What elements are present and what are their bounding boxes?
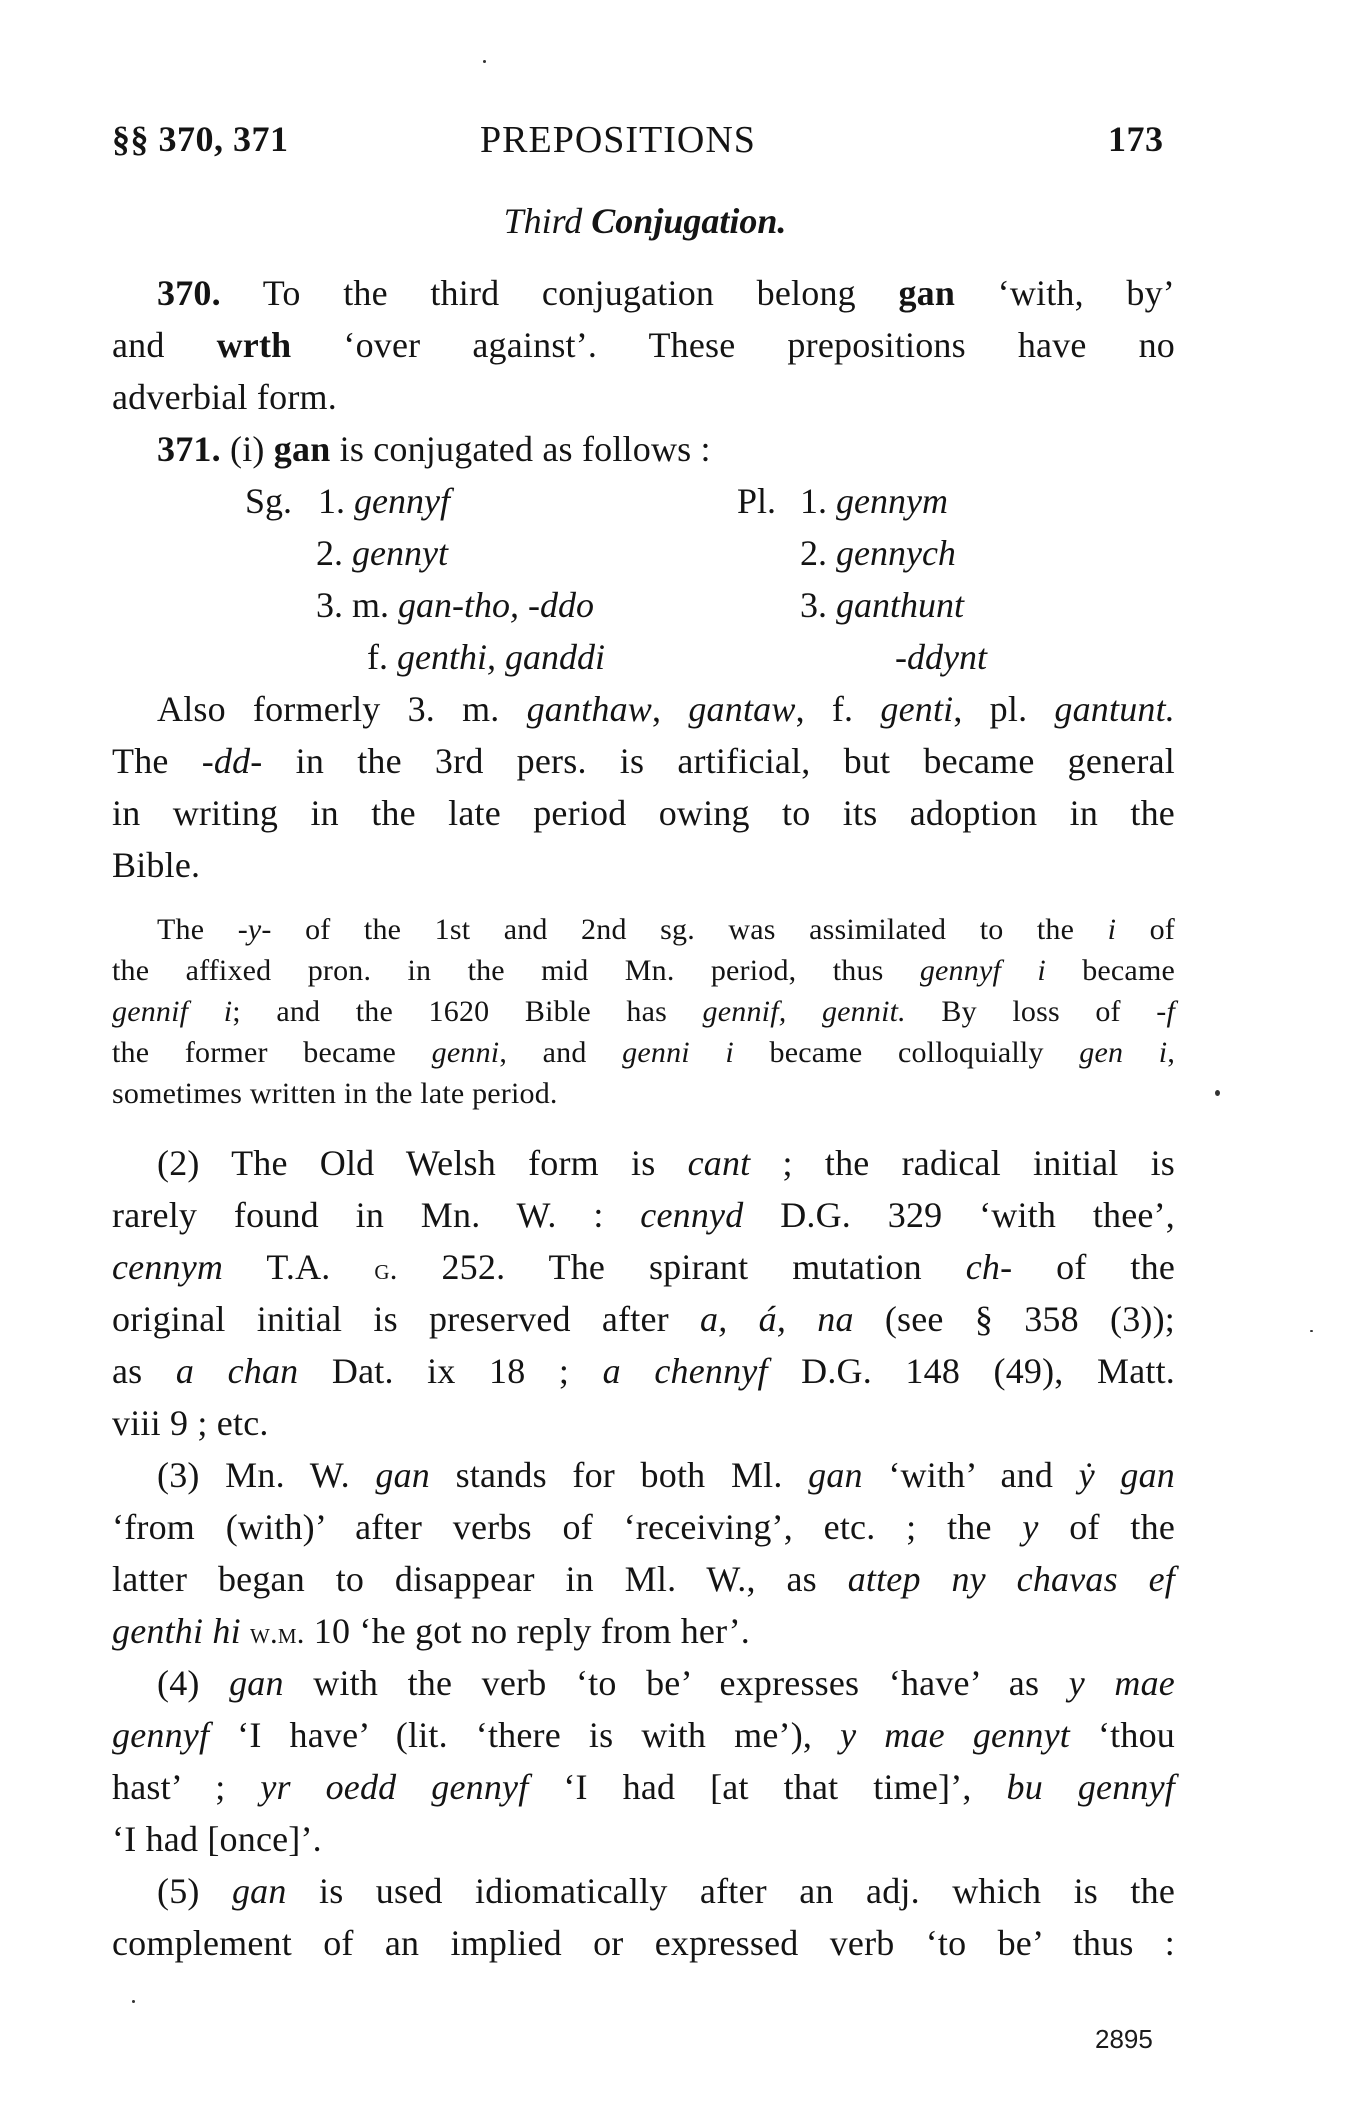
- text-run: original initial is preserved after: [112, 1299, 700, 1339]
- para-also-line-3: in writing in the late period owing to i…: [112, 791, 1175, 835]
- italic-text: gen i: [1079, 1036, 1167, 1069]
- pl-row-2: 2. gennych: [800, 531, 956, 575]
- text-run: , pl.: [953, 689, 1054, 729]
- text-run: of: [1116, 913, 1175, 946]
- italic-text: gan: [375, 1455, 430, 1495]
- para-2-line-6: viii 9 ; etc.: [112, 1401, 269, 1445]
- para-4-line-1: (4) gan with the verb ‘to be’ expresses …: [157, 1661, 1175, 1705]
- sg-row-2: 2. gennyt: [316, 531, 448, 575]
- italic-text: -y-: [238, 913, 272, 946]
- text-run: ,: [652, 689, 688, 729]
- para-also-line-4: Bible.: [112, 843, 200, 887]
- text-run: (i): [221, 429, 274, 469]
- text-run: By loss of: [906, 995, 1156, 1028]
- pl-row-4: -ddynt: [895, 635, 987, 679]
- text-run: ; the radical initial is: [750, 1143, 1175, 1183]
- text-run: (2) The Old Welsh form is: [157, 1143, 688, 1183]
- para-3-line-3: latter began to disappear in Ml. W., as …: [112, 1557, 1175, 1601]
- pronoun-form: gennyt: [352, 533, 448, 573]
- text-run: The: [157, 913, 238, 946]
- italic-text: gennif i: [112, 995, 232, 1028]
- text-run: Dat. ix 18 ;: [298, 1351, 602, 1391]
- italic-text: -dd-: [202, 741, 263, 781]
- text-run: ‘I had [once]’.: [112, 1819, 322, 1859]
- text-run: viii 9 ; etc.: [112, 1403, 269, 1443]
- text-run: ,: [1167, 1036, 1175, 1069]
- note-line-1: The -y- of the 1st and 2nd sg. was assim…: [157, 912, 1175, 948]
- book-page: §§ 370, 371 PREPOSITIONS 173 Third Conju…: [0, 0, 1359, 2115]
- sg-row-3: 3. m. gan-tho, -ddo: [316, 583, 594, 627]
- bold-text: gan: [898, 273, 955, 313]
- italic-text: ch-: [966, 1247, 1013, 1287]
- text-run: (see § 358 (3));: [854, 1299, 1175, 1339]
- scan-speck: [483, 60, 486, 63]
- italic-text: ganthaw: [527, 689, 652, 729]
- para-2-line-1: (2) The Old Welsh form is cant ; the rad…: [157, 1141, 1175, 1185]
- para-3-line-1: (3) Mn. W. gan stands for both Ml. gan ‘…: [157, 1453, 1175, 1497]
- italic-text: genthi hi: [112, 1611, 241, 1651]
- text-run: became: [1046, 954, 1175, 987]
- para-4-line-2: gennyf ‘I have’ (lit. ‘there is with me’…: [112, 1713, 1175, 1757]
- italic-text: gantaw: [688, 689, 795, 729]
- text-run: with the verb ‘to be’ expresses ‘have’ a…: [284, 1663, 1069, 1703]
- person-number: 3.: [800, 585, 827, 625]
- text-run: hast’ ;: [112, 1767, 260, 1807]
- pronoun-form: gan-tho, -ddo: [398, 585, 594, 625]
- para-370-line-3: adverbial form.: [112, 375, 337, 419]
- italic-text: gan: [229, 1663, 284, 1703]
- para-2-line-3: cennym T.A. g. 252. The spirant mutation…: [112, 1245, 1175, 1291]
- italic-text: gennyf i: [920, 954, 1046, 987]
- note-line-2: the affixed pron. in the mid Mn. period,…: [112, 953, 1175, 989]
- text-run: is conjugated as follows :: [330, 429, 710, 469]
- note-line-3: gennif i; and the 1620 Bible has gennif,…: [112, 994, 1175, 1030]
- note-line-4: the former became genni, and genni i bec…: [112, 1035, 1175, 1071]
- text-run: D.G. 329 ‘with thee’,: [743, 1195, 1175, 1235]
- scan-speck: [1215, 1090, 1220, 1096]
- text-run: latter began to disappear in Ml. W., as: [112, 1559, 848, 1599]
- italic-text: gan: [232, 1871, 287, 1911]
- text-run: of the: [1012, 1247, 1175, 1287]
- italic-text: y: [1022, 1507, 1038, 1547]
- bold-text: gan: [274, 429, 331, 469]
- text-run: of the 1st and 2nd sg. was assimilated t…: [272, 913, 1108, 946]
- text-run: (5): [157, 1871, 232, 1911]
- italic-text: -f: [1156, 995, 1175, 1028]
- para-4-line-3: hast’ ; yr oedd gennyf ‘I had [at that t…: [112, 1765, 1175, 1809]
- small-caps-text: w.m.: [250, 1616, 305, 1650]
- italic-text: a chan: [176, 1351, 298, 1391]
- text-run: (3) Mn. W.: [157, 1455, 375, 1495]
- pl-label: Pl.: [737, 479, 776, 523]
- scan-identifier: 2895: [1095, 2024, 1153, 2055]
- subheading-part-1: Third: [504, 201, 592, 241]
- text-run: 252. The spirant mutation: [398, 1247, 966, 1287]
- section-reference: §§ 370, 371: [112, 118, 289, 160]
- pronoun-form: ganthunt: [836, 585, 964, 625]
- text-run: ‘over against’. These prepositions have …: [291, 325, 1175, 365]
- person-number: 2.: [316, 533, 343, 573]
- gender-label: m.: [352, 585, 389, 625]
- text-run: sometimes written in the late period.: [112, 1077, 558, 1110]
- scan-speck: [132, 2000, 135, 2003]
- para-370-line-2: and wrth ‘over against’. These prepositi…: [112, 323, 1175, 367]
- sg-row-1: 1. gennyf: [318, 479, 450, 523]
- text-run: , f.: [796, 689, 881, 729]
- italic-text: genti: [880, 689, 953, 729]
- italic-text: cennym: [112, 1247, 223, 1287]
- text-run: stands for both Ml.: [430, 1455, 808, 1495]
- para-2-line-2: rarely found in Mn. W. : cennyd D.G. 329…: [112, 1193, 1175, 1237]
- person-number: 1.: [800, 481, 827, 521]
- section-subheading: Third Conjugation.: [0, 200, 1290, 242]
- text-run: in writing in the late period owing to i…: [112, 793, 1175, 833]
- small-caps-text: g.: [374, 1252, 397, 1286]
- text-run: ‘with’ and: [863, 1455, 1079, 1495]
- italic-text: cennyd: [640, 1195, 743, 1235]
- para-2-line-4: original initial is preserved after a, á…: [112, 1297, 1175, 1341]
- pronoun-form: -ddynt: [895, 637, 987, 677]
- italic-text: genni i: [622, 1036, 734, 1069]
- para-also-line-2: The -dd- in the 3rd pers. is artificial,…: [112, 739, 1175, 783]
- para-2-line-5: as a chan Dat. ix 18 ; a chennyf D.G. 14…: [112, 1349, 1175, 1393]
- para-4-line-4: ‘I had [once]’.: [112, 1817, 322, 1861]
- italic-text: a chennyf: [603, 1351, 768, 1391]
- text-run: ‘with, by’: [955, 273, 1175, 313]
- text-run: 10 ‘he got no reply from her’.: [305, 1611, 750, 1651]
- text-run: of the: [1039, 1507, 1175, 1547]
- bold-text: wrth: [217, 325, 292, 365]
- italic-text: cant: [688, 1143, 751, 1183]
- italic-text: gennif, gennit.: [703, 995, 906, 1028]
- para-370-line-1: 370. To the third conjugation belong gan…: [157, 271, 1175, 315]
- text-run: the former became: [112, 1036, 432, 1069]
- page-title: PREPOSITIONS: [480, 118, 756, 162]
- pronoun-form: gennyf: [354, 481, 450, 521]
- text-run: Bible.: [112, 845, 200, 885]
- pl-row-3: 3. ganthunt: [800, 583, 964, 627]
- para-371-intro: 371. (i) gan is conjugated as follows :: [157, 427, 711, 471]
- pronoun-form: genthi, ganddi: [397, 637, 605, 677]
- page-number: 173: [1108, 118, 1164, 160]
- text-run: The: [112, 741, 202, 781]
- bold-text: 370.: [157, 273, 221, 313]
- text-run: rarely found in Mn. W. :: [112, 1195, 640, 1235]
- person-number: 2.: [800, 533, 827, 573]
- text-run: ‘thou: [1070, 1715, 1175, 1755]
- gender-label: f.: [367, 637, 388, 677]
- para-3-line-2: ‘from (with)’ after verbs of ‘receiving’…: [112, 1505, 1175, 1549]
- text-run: T.A.: [223, 1247, 374, 1287]
- italic-text: attep ny chavas ef: [848, 1559, 1175, 1599]
- italic-text: y mae: [1069, 1663, 1175, 1703]
- para-5-line-2: complement of an implied or expressed ve…: [112, 1921, 1175, 1965]
- bold-text: 371.: [157, 429, 221, 469]
- italic-text: gan: [808, 1455, 863, 1495]
- italic-text: bu gennyf: [1007, 1767, 1175, 1807]
- text-run: D.G. 148 (49), Matt.: [768, 1351, 1175, 1391]
- text-run: Also formerly 3. m.: [157, 689, 527, 729]
- italic-text: gantunt.: [1054, 689, 1175, 729]
- italic-text: ẏ gan: [1079, 1455, 1175, 1495]
- text-run: ; and the 1620 Bible has: [232, 995, 702, 1028]
- pronoun-form: gennym: [836, 481, 948, 521]
- italic-text: gennyf: [112, 1715, 209, 1755]
- text-run: , and: [499, 1036, 622, 1069]
- sg-row-4: f. genthi, ganddi: [367, 635, 605, 679]
- para-also-line-1: Also formerly 3. m. ganthaw, gantaw, f. …: [157, 687, 1175, 731]
- italic-text: yr oedd gennyf: [260, 1767, 528, 1807]
- text-run: (4): [157, 1663, 229, 1703]
- text-run: To the third conjugation belong: [221, 273, 899, 313]
- person-number: 3.: [316, 585, 343, 625]
- italic-text: y mae gennyt: [840, 1715, 1070, 1755]
- text-run: ‘I have’ (lit. ‘there is with me’),: [209, 1715, 840, 1755]
- italic-text: genni: [432, 1036, 500, 1069]
- text-run: in the 3rd pers. is artificial, but beca…: [263, 741, 1175, 781]
- italic-text: i: [1108, 913, 1117, 946]
- text-run: became colloquially: [734, 1036, 1079, 1069]
- text-run: adverbial form.: [112, 377, 337, 417]
- text-run: ‘from (with)’ after verbs of ‘receiving’…: [112, 1507, 1022, 1547]
- pl-row-1: 1. gennym: [800, 479, 948, 523]
- text-run: [241, 1611, 250, 1651]
- italic-text: a, á, na: [700, 1299, 854, 1339]
- person-number: 1.: [318, 481, 345, 521]
- text-run: complement of an implied or expressed ve…: [112, 1923, 1175, 1963]
- scan-speck: [1310, 1330, 1313, 1332]
- text-run: the affixed pron. in the mid Mn. period,…: [112, 954, 920, 987]
- para-5-line-1: (5) gan is used idiomatically after an a…: [157, 1869, 1175, 1913]
- note-line-5: sometimes written in the late period.: [112, 1076, 558, 1112]
- text-run: and: [112, 325, 217, 365]
- subheading-part-2: Conjugation.: [591, 201, 786, 241]
- pronoun-form: gennych: [836, 533, 956, 573]
- para-3-line-4: genthi hi w.m. 10 ‘he got no reply from …: [112, 1609, 750, 1655]
- sg-label: Sg.: [245, 479, 292, 523]
- text-run: is used idiomatically after an adj. whic…: [287, 1871, 1175, 1911]
- text-run: as: [112, 1351, 176, 1391]
- text-run: ‘I had [at that time]’,: [528, 1767, 1006, 1807]
